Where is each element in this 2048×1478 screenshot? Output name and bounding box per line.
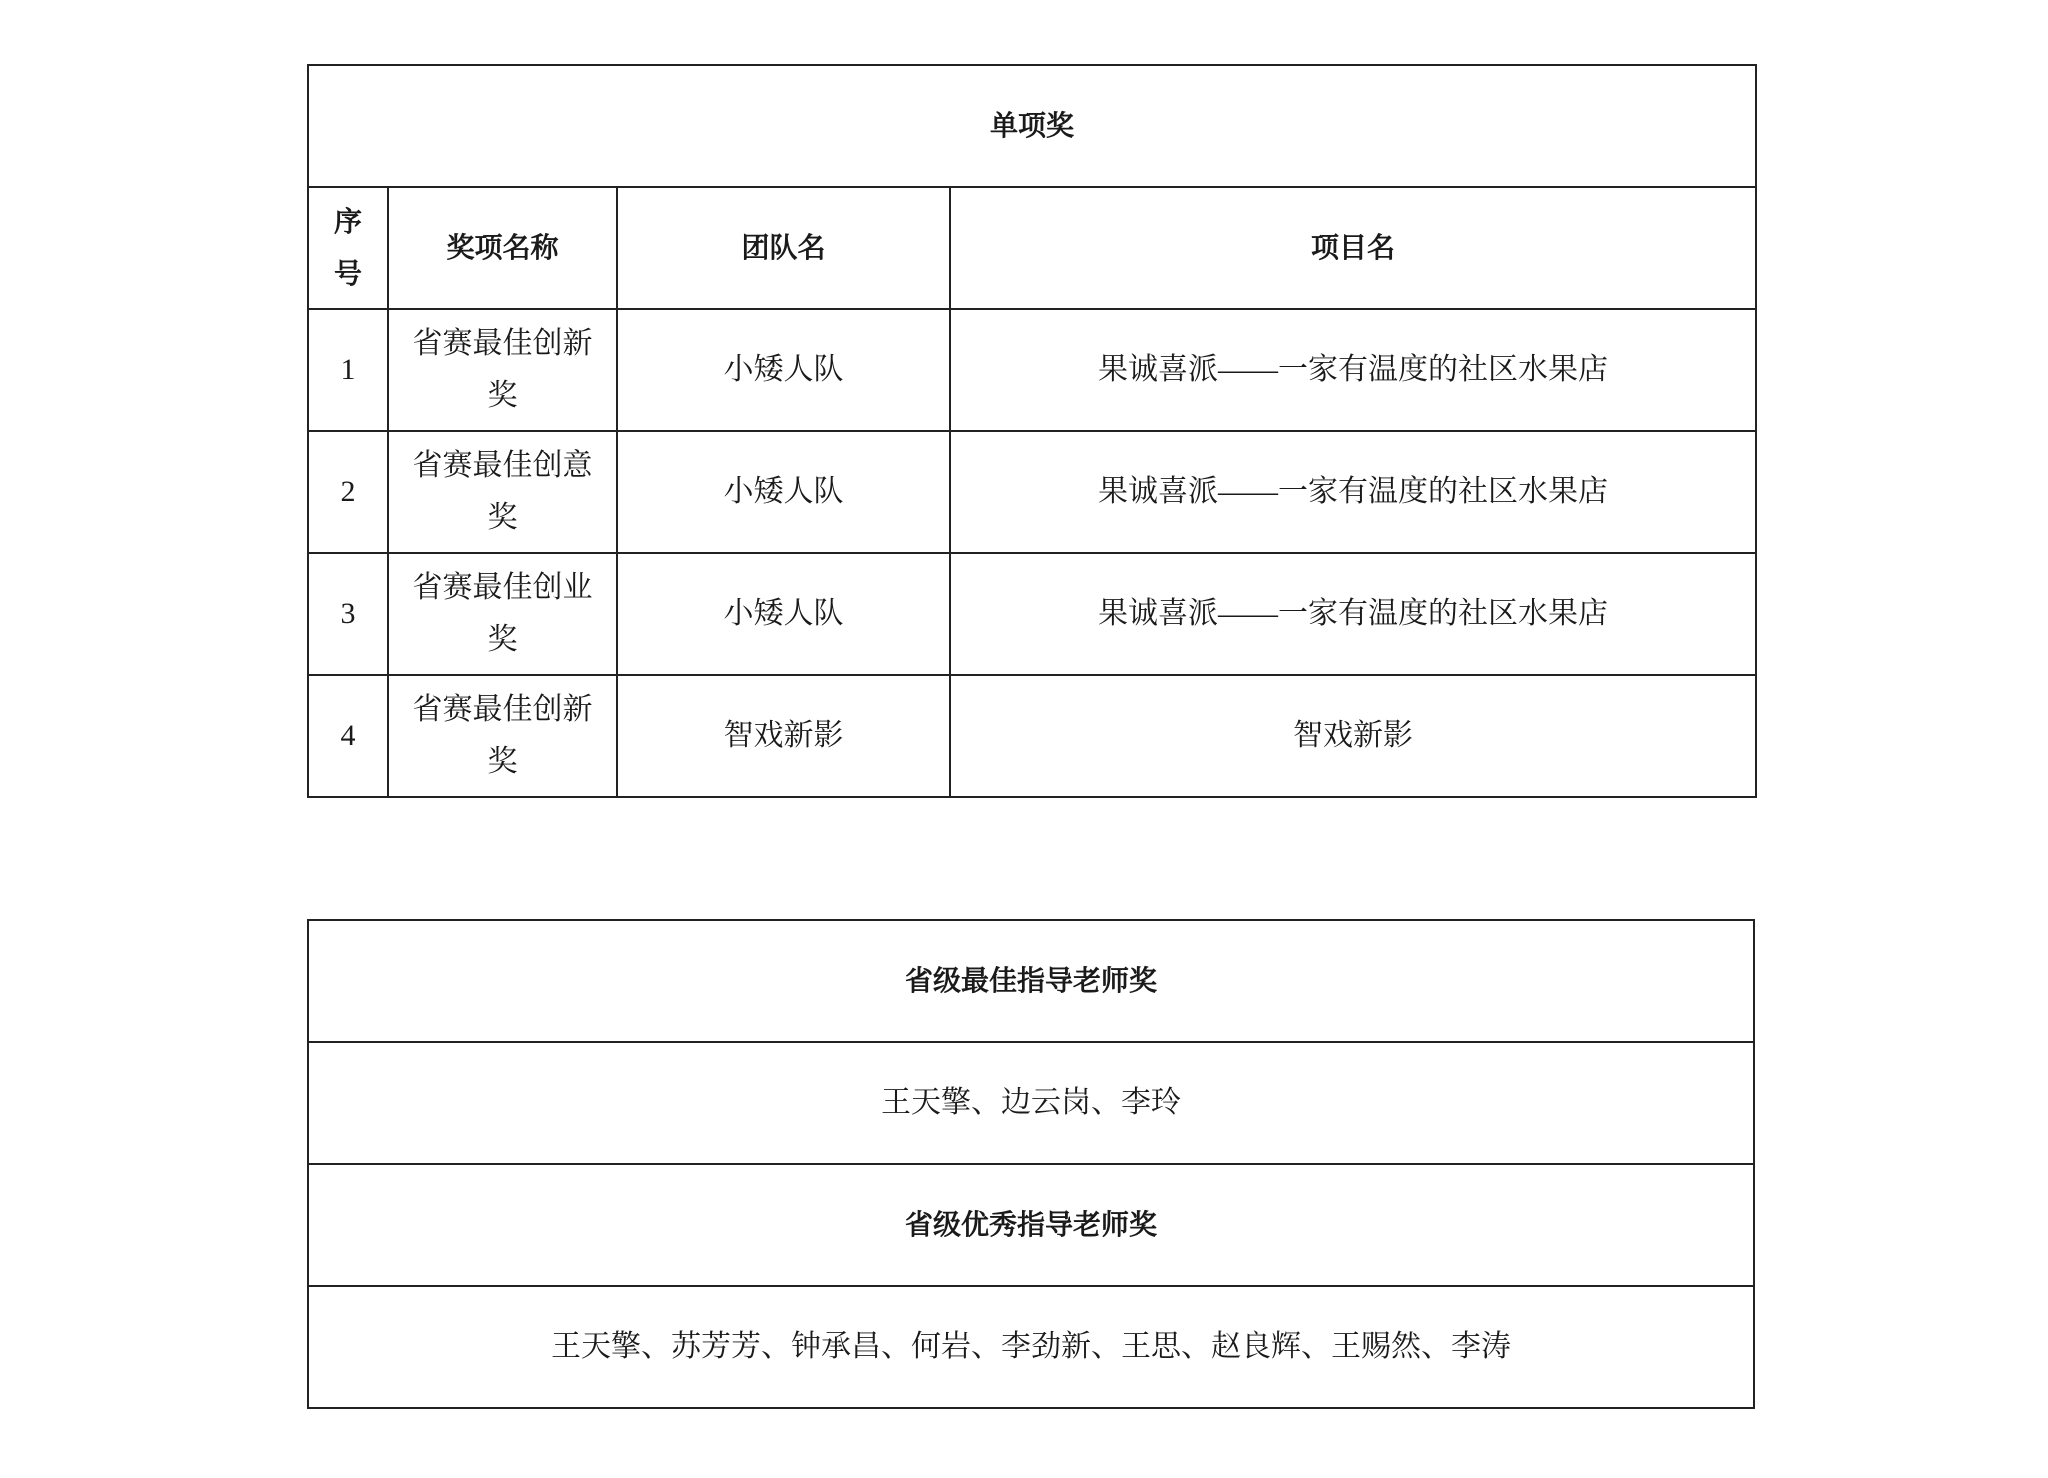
row-index: 1 (308, 309, 388, 431)
row-index: 3 (308, 553, 388, 675)
row-team-name: 小矮人队 (617, 431, 950, 553)
row-index: 4 (308, 675, 388, 797)
table-row: 2 省赛最佳创意奖 小矮人队 果诚喜派——一家有温度的社区水果店 (308, 431, 1756, 553)
row-project-name: 智戏新影 (950, 675, 1756, 797)
row-award-name: 省赛最佳创业奖 (388, 553, 617, 675)
excellent-teacher-names: 王天擎、苏芳芳、钟承昌、何岩、李劲新、王思、赵良辉、王赐然、李涛 (308, 1286, 1754, 1408)
header-team-name: 团队名 (617, 187, 950, 309)
row-team-name: 智戏新影 (617, 675, 950, 797)
row-award-name: 省赛最佳创新奖 (388, 675, 617, 797)
row-team-name: 小矮人队 (617, 553, 950, 675)
row-award-name: 省赛最佳创意奖 (388, 431, 617, 553)
excellent-teacher-award-title: 省级优秀指导老师奖 (308, 1164, 1754, 1286)
table-row: 3 省赛最佳创业奖 小矮人队 果诚喜派——一家有温度的社区水果店 (308, 553, 1756, 675)
teacher-awards-table: 省级最佳指导老师奖 王天擎、边云岗、李玲 省级优秀指导老师奖 王天擎、苏芳芳、钟… (307, 919, 1755, 1409)
row-project-name: 果诚喜派——一家有温度的社区水果店 (950, 431, 1756, 553)
row-project-name: 果诚喜派——一家有温度的社区水果店 (950, 553, 1756, 675)
excellent-teacher-title-row: 省级优秀指导老师奖 (308, 1164, 1754, 1286)
row-index: 2 (308, 431, 388, 553)
row-award-name: 省赛最佳创新奖 (388, 309, 617, 431)
header-project-name: 项目名 (950, 187, 1756, 309)
header-award-name: 奖项名称 (388, 187, 617, 309)
best-teacher-names: 王天擎、边云岗、李玲 (308, 1042, 1754, 1164)
table-row: 4 省赛最佳创新奖 智戏新影 智戏新影 (308, 675, 1756, 797)
best-teacher-names-row: 王天擎、边云岗、李玲 (308, 1042, 1754, 1164)
individual-awards-table: 单项奖 序号 奖项名称 团队名 项目名 1 省赛最佳创新奖 小矮人队 果诚喜派—… (307, 64, 1757, 798)
table-title-row: 单项奖 (308, 65, 1756, 187)
excellent-teacher-names-row: 王天擎、苏芳芳、钟承昌、何岩、李劲新、王思、赵良辉、王赐然、李涛 (308, 1286, 1754, 1408)
table-header-row: 序号 奖项名称 团队名 项目名 (308, 187, 1756, 309)
header-index: 序号 (308, 187, 388, 309)
row-project-name: 果诚喜派——一家有温度的社区水果店 (950, 309, 1756, 431)
row-team-name: 小矮人队 (617, 309, 950, 431)
table-title: 单项奖 (308, 65, 1756, 187)
best-teacher-title-row: 省级最佳指导老师奖 (308, 920, 1754, 1042)
table-row: 1 省赛最佳创新奖 小矮人队 果诚喜派——一家有温度的社区水果店 (308, 309, 1756, 431)
best-teacher-award-title: 省级最佳指导老师奖 (308, 920, 1754, 1042)
